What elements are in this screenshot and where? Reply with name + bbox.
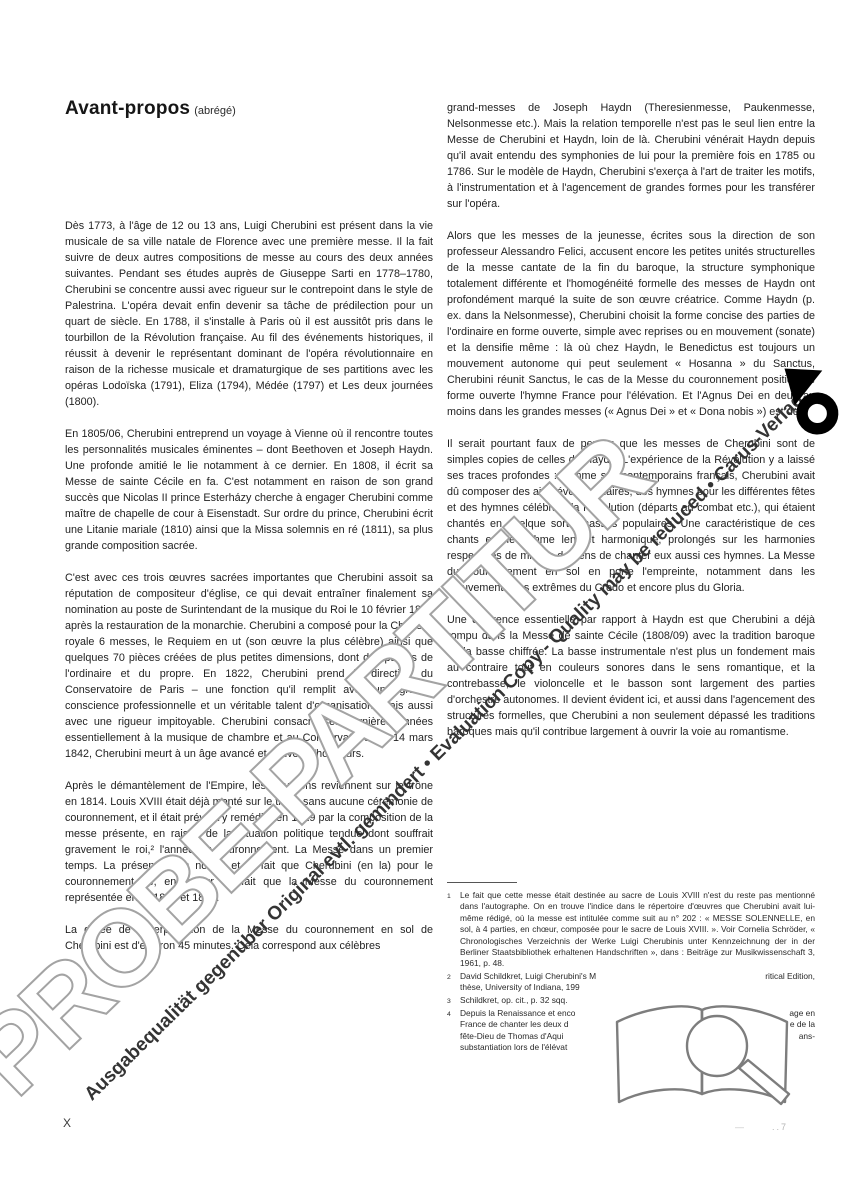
footnote-number: 2 bbox=[447, 971, 460, 994]
page-number: X bbox=[63, 1116, 71, 1130]
footnote-text: Le fait que cette messe était destinée a… bbox=[460, 890, 815, 970]
paragraph: En 1805/06, Cherubini entreprend un voya… bbox=[65, 426, 433, 554]
paragraph: Dès 1773, à l'âge de 12 ou 13 ans, Luigi… bbox=[65, 218, 433, 410]
paragraph: Alors que les messes de la jeunesse, écr… bbox=[447, 228, 815, 420]
footnote-number: 1 bbox=[447, 890, 460, 970]
magnifier-lens bbox=[687, 1016, 747, 1076]
footnote-line: David Schildkret, Luigi Cherubini's M ri… bbox=[460, 971, 815, 982]
title-suffix: (abrégé) bbox=[194, 105, 236, 117]
paragraph: grand-messes de Joseph Haydn (Theresienm… bbox=[447, 100, 815, 212]
footnote-fragment: Depuis la Renaissance et enco bbox=[460, 1008, 575, 1019]
footnote-divider bbox=[447, 882, 517, 883]
footnote-text: David Schildkret, Luigi Cherubini's M ri… bbox=[460, 971, 815, 994]
footnote-fragment: France de chanter les deux d bbox=[460, 1019, 568, 1030]
footer-right-fragment: —..7 bbox=[735, 1122, 788, 1132]
document-page: Avant-propos(abrégé) Dès 1773, à l'âge d… bbox=[0, 0, 845, 1200]
footnote-number: 3 bbox=[447, 995, 460, 1007]
footer-fragment: — bbox=[735, 1122, 746, 1132]
footer-fragment: ..7 bbox=[772, 1122, 788, 1132]
footnote-fragment: substantiation lors de l'élévat bbox=[460, 1042, 567, 1053]
footnote-fragment: ans- bbox=[799, 1031, 815, 1042]
footnote-2: 2 David Schildkret, Luigi Cherubini's M … bbox=[447, 971, 815, 994]
footnote-fragment: ritical Edition, bbox=[765, 971, 815, 982]
book-magnifier-icon bbox=[605, 1000, 800, 1115]
footnote-1: 1 Le fait que cette messe était destinée… bbox=[447, 890, 815, 970]
page-title: Avant-propos(abrégé) bbox=[65, 98, 236, 120]
footnote-fragment: David Schildkret, Luigi Cherubini's M bbox=[460, 971, 596, 982]
footnote-line: thèse, University of Indiana, 199 bbox=[460, 982, 815, 993]
title-text: Avant-propos bbox=[65, 98, 190, 119]
footnote-fragment: fête-Dieu de Thomas d'Aqui bbox=[460, 1031, 563, 1042]
footnote-number: 4 bbox=[447, 1008, 460, 1054]
